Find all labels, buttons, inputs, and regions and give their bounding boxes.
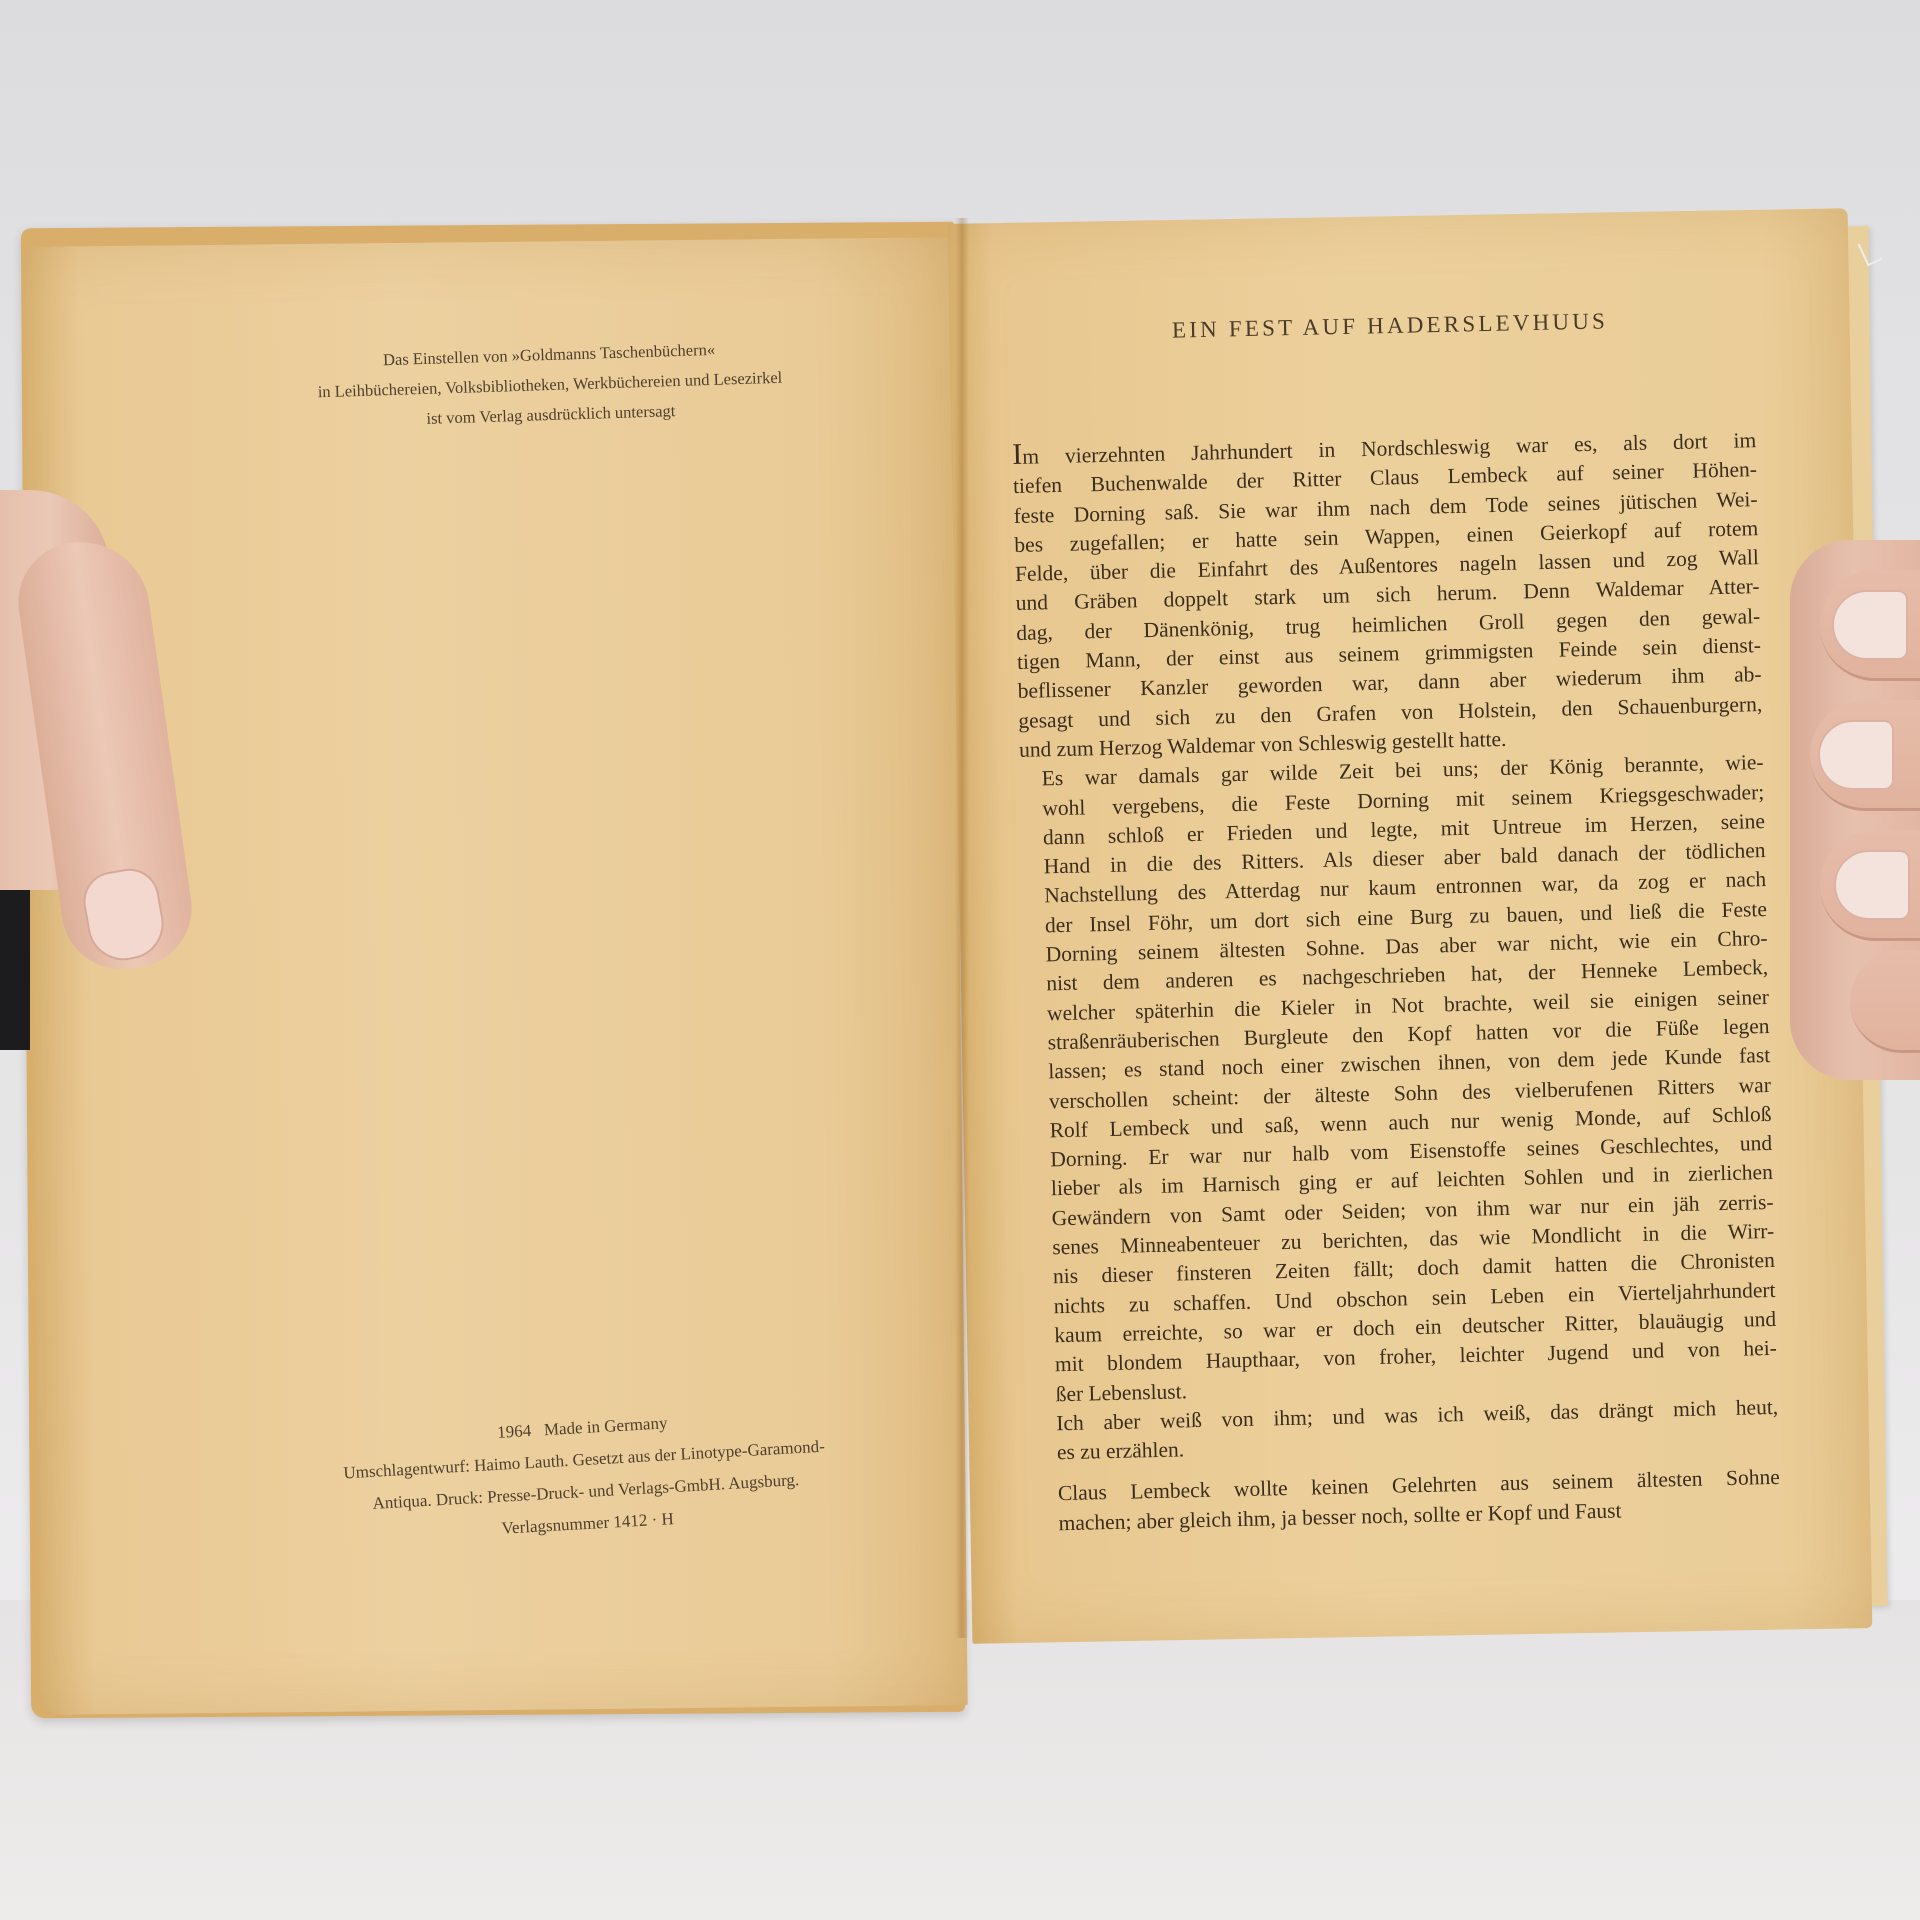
- right-hand: [1790, 540, 1920, 1080]
- book-gutter: [955, 218, 969, 1638]
- fingernail: [1832, 590, 1908, 660]
- right-finger: [1820, 570, 1920, 681]
- right-finger: [1810, 700, 1920, 811]
- paragraph: Es war damals gar wilde Zeit bei uns; de…: [1019, 748, 1777, 1409]
- paragraph: Im vierzehnten Jahrhundert in Nordschles…: [1012, 423, 1763, 765]
- right-finger: [1850, 950, 1920, 1053]
- story-text: Im vierzehnten Jahrhundert in Nordschles…: [1012, 423, 1781, 1539]
- drop-cap: I: [1012, 438, 1023, 471]
- fingernail: [1834, 850, 1910, 920]
- fingernail: [1818, 720, 1894, 790]
- right-finger: [1820, 830, 1920, 941]
